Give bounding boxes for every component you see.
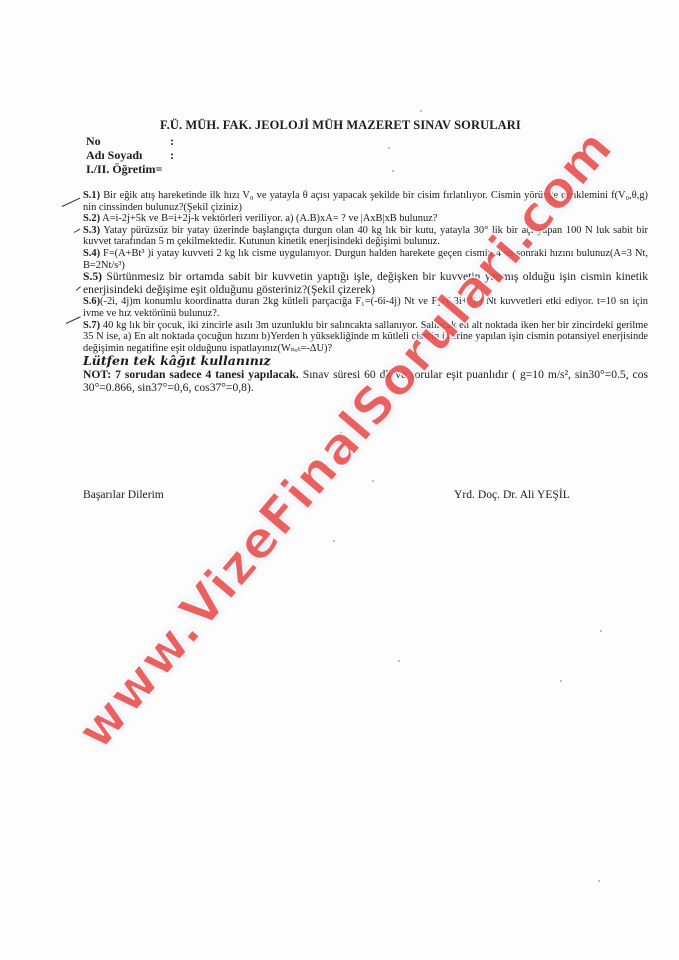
question-number: S.2) (83, 213, 100, 224)
question-4: S.4) F=(A+Bt³ )i yatay kuvveti 2 kg lık … (83, 248, 648, 271)
field-education-type: I./II. Öğretim= (86, 162, 162, 177)
field-separator: : (170, 148, 174, 163)
question-2: S.2) A=i-2j+5k ve B=i+2j-k vektörleri ve… (83, 213, 648, 225)
question-text: F=(A+Bt³ )i yatay kuvveti 2 kg lık cisme… (83, 248, 648, 271)
question-3: S.3) Yatay pürüzsüz bir yatay üzerinde b… (83, 225, 648, 248)
field-student-name: Adı Soyadı: (86, 148, 174, 163)
field-label: Adı Soyadı (86, 148, 170, 163)
scan-speck (420, 110, 422, 112)
scan-speck (600, 630, 602, 632)
question-1: S.1) Bir eğik atış hareketinde ilk hızı … (83, 190, 648, 213)
question-6: S.6)(-2i, 4j)m konumlu koordinatta duran… (83, 296, 648, 319)
question-number: S.1) (83, 190, 100, 201)
pen-mark (74, 229, 81, 233)
question-5: S.5) Sürtünmesiz bir ortamda sabit bir k… (83, 271, 648, 296)
scan-speck (598, 880, 600, 882)
exam-title: F.Ü. MÜH. FAK. JEOLOJİ MÜH MAZERET SINAV… (160, 118, 580, 133)
exam-note: NOT: 7 sorudan sadece 4 tanesi yapılacak… (83, 368, 648, 394)
question-text: 40 kg lık bir çocuk, iki zincirle asılı … (83, 320, 648, 354)
scan-speck (372, 480, 374, 482)
single-sheet-reminder: Lütfen tek kâğıt kullanınız (83, 355, 648, 367)
scan-speck (388, 147, 390, 149)
question-text: Bir eğik atış hareketinde ilk hızı V₀ ve… (83, 190, 648, 213)
signature: Yrd. Doç. Dr. Ali YEŞİL (454, 488, 570, 501)
question-7: S.7) 40 kg lık bir çocuk, iki zincirle a… (83, 320, 648, 355)
question-text: Yatay pürüzsüz bir yatay üzerinde başlan… (83, 225, 648, 248)
exam-page: F.Ü. MÜH. FAK. JEOLOJİ MÜH MAZERET SINAV… (0, 0, 679, 960)
field-label: No (86, 134, 170, 149)
question-number: S.5) (83, 270, 102, 283)
pen-mark (62, 198, 81, 207)
question-number: S.6) (83, 296, 100, 307)
note-label: NOT: 7 sorudan sadece 4 tanesi yapılacak… (83, 368, 299, 381)
field-student-number: No: (86, 134, 174, 149)
scan-speck (340, 432, 342, 434)
question-number: S.4) (83, 248, 100, 259)
field-separator: : (170, 134, 174, 149)
scan-speck (560, 680, 562, 682)
pen-mark (66, 316, 81, 324)
closing-text: Başarılar Dilerim (83, 488, 164, 501)
question-text: (-2i, 4j)m konumlu koordinatta duran 2kg… (83, 296, 648, 319)
question-number: S.7) (83, 320, 100, 331)
scan-speck (398, 660, 400, 662)
question-list: S.1) Bir eğik atış hareketinde ilk hızı … (83, 190, 648, 394)
field-label: I./II. Öğretim= (86, 162, 162, 176)
scan-speck (392, 170, 394, 172)
scan-speck (333, 540, 335, 542)
pen-mark (76, 286, 81, 291)
question-number: S.3) (83, 225, 100, 236)
question-text: Sürtünmesiz bir ortamda sabit bir kuvvet… (83, 270, 648, 296)
question-text: A=i-2j+5k ve B=i+2j-k vektörleri veriliy… (102, 213, 437, 224)
